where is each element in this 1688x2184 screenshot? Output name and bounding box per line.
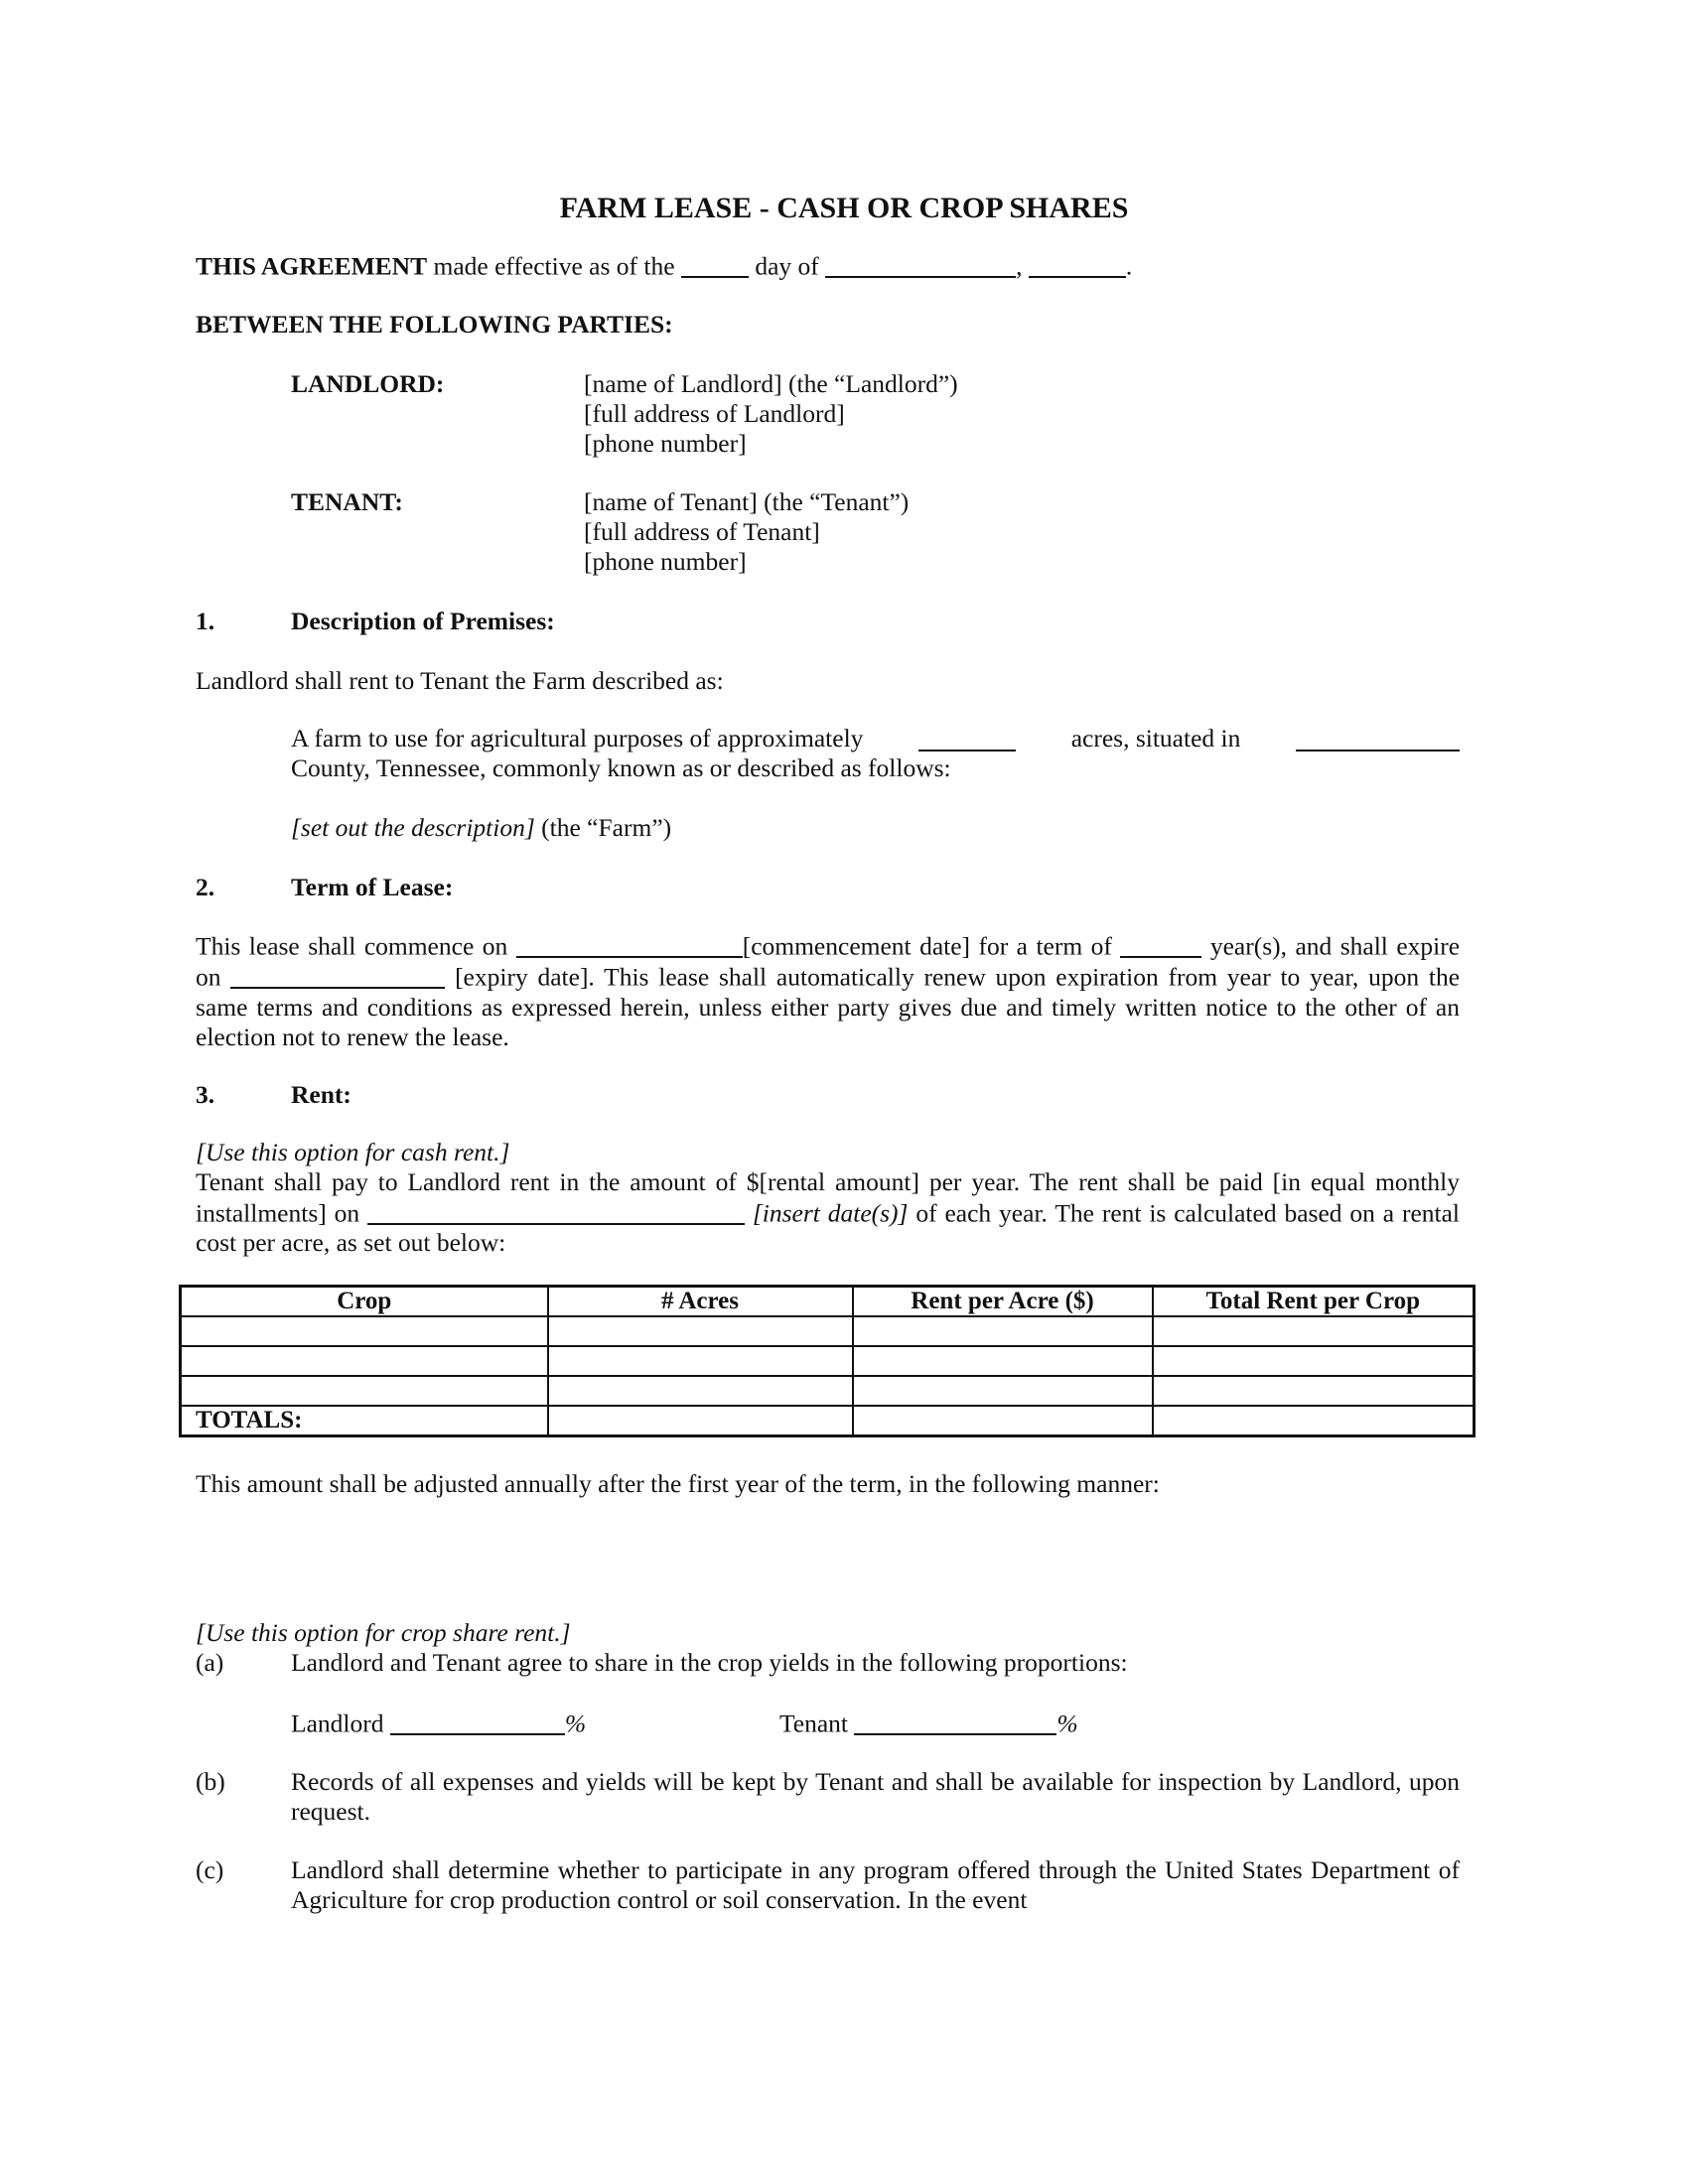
col-crop: Crop: [181, 1287, 548, 1317]
agreement-lead: THIS AGREEMENT: [196, 251, 427, 280]
farm-text: A farm to use for agricultural purposes …: [291, 724, 863, 753]
cell-acres[interactable]: [548, 1346, 853, 1376]
tenant-address: [full address of Tenant]: [584, 517, 909, 547]
landlord-name: [name of Landlord] (the “Landlord”): [584, 369, 958, 399]
tenant-details: [name of Tenant] (the “Tenant”) [full ad…: [584, 487, 909, 577]
tenant-share: Tenant %: [779, 1707, 1078, 1738]
landlord-label: LANDLORD:: [291, 369, 444, 399]
section-2-heading: Term of Lease:: [291, 873, 453, 902]
tenant-share-label: Tenant: [779, 1708, 848, 1737]
col-rent-per-acre: Rent per Acre ($): [853, 1287, 1153, 1317]
term-years-blank[interactable]: [1120, 930, 1201, 958]
term-paragraph: This lease shall commence on [commenceme…: [196, 930, 1460, 1052]
total-acres[interactable]: [548, 1406, 853, 1436]
item-b-label: (b): [196, 1767, 225, 1797]
table-row: [181, 1346, 1475, 1376]
document-title: FARM LEASE - CASH OR CROP SHARES: [0, 192, 1688, 225]
cell-crop[interactable]: [181, 1376, 548, 1406]
totals-row: TOTALS:: [181, 1406, 1475, 1436]
day-blank[interactable]: [681, 250, 749, 278]
item-c-text: Landlord shall determine whether to part…: [291, 1855, 1460, 1915]
comma: ,: [1016, 251, 1022, 280]
farm-defined: (the “Farm”): [535, 813, 671, 842]
landlord-details: [name of Landlord] (the “Landlord”) [ful…: [584, 369, 958, 459]
section-3-heading: Rent:: [291, 1080, 352, 1110]
cell-rent-per-acre[interactable]: [853, 1376, 1153, 1406]
agreement-text: made effective as of the: [433, 251, 674, 280]
landlord-address: [full address of Landlord]: [584, 399, 958, 429]
share-proportions: Landlord %: [291, 1707, 586, 1738]
cell-total-rent[interactable]: [1153, 1316, 1475, 1346]
section-2-number: 2.: [196, 873, 214, 902]
landlord-share-blank[interactable]: [390, 1707, 565, 1735]
crop-share-option: [Use this option for crop share rent.]: [196, 1618, 571, 1648]
cell-rent-per-acre[interactable]: [853, 1316, 1153, 1346]
farm-text-2: acres, situated in: [1071, 724, 1241, 753]
commencement-blank[interactable]: [516, 930, 743, 958]
rent-table-header: Crop # Acres Rent per Acre ($) Total Ren…: [181, 1287, 1475, 1317]
col-acres: # Acres: [548, 1287, 853, 1317]
tenant-percent: %: [1056, 1708, 1077, 1737]
cell-total-rent[interactable]: [1153, 1376, 1475, 1406]
farm-description: A farm to use for agricultural purposes …: [291, 724, 1460, 783]
county-blank[interactable]: [1296, 724, 1460, 751]
farm-set-out: [set out the description] (the “Farm”): [291, 813, 671, 843]
tenant-share-blank[interactable]: [854, 1707, 1056, 1735]
agreement-line: THIS AGREEMENT made effective as of the …: [196, 250, 1132, 281]
cash-rent-paragraph: Tenant shall pay to Landlord rent in the…: [196, 1167, 1460, 1258]
cell-crop[interactable]: [181, 1346, 548, 1376]
tenant-label: TENANT:: [291, 487, 403, 517]
rent-table: Crop # Acres Rent per Acre ($) Total Ren…: [179, 1285, 1476, 1437]
agreement-text-day: day of: [755, 251, 818, 280]
section-1-heading: Description of Premises:: [291, 607, 555, 636]
item-b-text: Records of all expenses and yields will …: [291, 1767, 1460, 1827]
set-out-placeholder: [set out the description]: [291, 813, 535, 842]
month-blank[interactable]: [825, 250, 1016, 278]
term-text-1: This lease shall commence on: [196, 931, 507, 960]
item-a-text: Landlord and Tenant agree to share in th…: [291, 1648, 1128, 1678]
expiry-blank[interactable]: [230, 961, 445, 989]
term-text-2: [commencement date] for a term of: [743, 931, 1112, 960]
landlord-percent: %: [565, 1708, 586, 1737]
payment-date-blank[interactable]: [367, 1197, 745, 1225]
table-row: [181, 1316, 1475, 1346]
section-1-number: 1.: [196, 607, 214, 636]
parties-heading: BETWEEN THE FOLLOWING PARTIES:: [196, 310, 673, 340]
cell-total-rent[interactable]: [1153, 1346, 1475, 1376]
landlord-phone: [phone number]: [584, 429, 958, 459]
tenant-phone: [phone number]: [584, 547, 909, 577]
cell-crop[interactable]: [181, 1316, 548, 1346]
insert-dates-placeholder: [insert date(s)]: [753, 1198, 909, 1227]
acres-blank[interactable]: [918, 724, 1016, 751]
col-total-rent: Total Rent per Crop: [1153, 1287, 1475, 1317]
total-rent[interactable]: [1153, 1406, 1475, 1436]
item-a-label: (a): [196, 1648, 223, 1678]
year-blank[interactable]: [1029, 250, 1126, 278]
section-3-number: 3.: [196, 1080, 214, 1110]
item-c-label: (c): [196, 1855, 223, 1885]
tenant-name: [name of Tenant] (the “Tenant”): [584, 487, 909, 517]
farm-county-line: County, Tennessee, commonly known as or …: [291, 753, 1460, 783]
totals-label: TOTALS:: [181, 1406, 548, 1436]
cash-rent-option: [Use this option for cash rent.]: [196, 1138, 509, 1167]
adjustment-text: This amount shall be adjusted annually a…: [196, 1469, 1160, 1499]
section-1-intro: Landlord shall rent to Tenant the Farm d…: [196, 666, 724, 696]
landlord-share-label: Landlord: [291, 1708, 383, 1737]
cell-acres[interactable]: [548, 1316, 853, 1346]
cell-acres[interactable]: [548, 1376, 853, 1406]
table-row: [181, 1376, 1475, 1406]
period: .: [1126, 251, 1132, 280]
cell-rent-per-acre[interactable]: [853, 1346, 1153, 1376]
total-rent-per-acre[interactable]: [853, 1406, 1153, 1436]
